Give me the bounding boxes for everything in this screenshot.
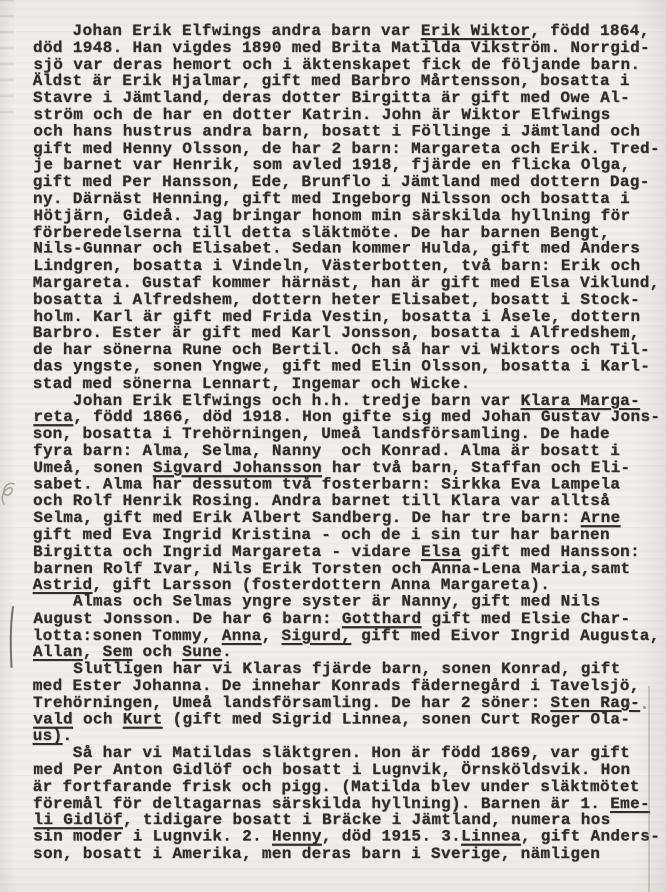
text-segment: och Rolf Henrik Rosing. Andra barnet til… — [33, 492, 610, 510]
text-segment: Selma, gift med Erik Albert Sandberg. De… — [33, 509, 580, 527]
text-line: Allan, Sem och Sune. — [33, 644, 660, 661]
underlined-text: Sune — [182, 643, 222, 661]
text-line: das yngste, sonen Yngwe, gift med Elin O… — [33, 359, 660, 376]
text-segment: stad med sönerna Lennart, Ingemar och Wi… — [33, 375, 471, 393]
text-segment: sjö var deras hemort och i äktenskapet f… — [33, 56, 640, 74]
text-line: gift med Per Hansson, Ede, Brunflo i Jäm… — [33, 174, 660, 191]
text-segment: Johan Erik Elfwings andra barn var — [33, 22, 421, 40]
text-line: je barnet var Henrik, som avled 1918, fj… — [33, 158, 660, 175]
underlined-text: Anna — [222, 627, 262, 645]
text-segment: sin moder i Lugnvik. 2. — [33, 828, 272, 846]
text-line: gift med Eva Ingrid Kristina - och de i … — [33, 527, 660, 544]
text-line: ny. Därnäst Henning, gift med Ingeborg N… — [33, 191, 660, 208]
text-line: Barbro. Ester är gift med Karl Jonsson, … — [33, 325, 660, 342]
text-segment: , född 1866, död 1918. Hon gifte sig med… — [73, 409, 660, 427]
text-segment: , född 1864, — [530, 22, 649, 40]
text-segment: Lindgren, bosatta i Vindeln, Västerbotte… — [33, 257, 640, 275]
text-segment: August Jonsson. De har 6 barn: — [33, 610, 342, 628]
text-segment: med Per Anton Gidlöf och bosatt i Lugnvi… — [33, 761, 630, 779]
text-line: fyra barn: Alma, Selma, Nanny och Konrad… — [33, 443, 660, 460]
text-line: sabet. Alma har dessutom två fosterbarn:… — [33, 476, 660, 493]
text-segment: gift med Eva Ingrid Kristina - och de i … — [33, 526, 610, 544]
text-line: Astrid, gift Larsson (fosterdottern Anna… — [33, 577, 660, 594]
text-line: förberedelserna till detta släktmöte. De… — [33, 225, 660, 242]
underlined-text: Sem — [103, 643, 133, 661]
text-line: reta, född 1866, död 1918. Hon gifte sig… — [33, 410, 660, 427]
text-segment: gift med Eivor Ingrid Augusta, — [351, 627, 660, 645]
text-line: gift med Henny Olsson, de har 2 barn: Ma… — [33, 141, 660, 158]
text-segment: sabet. Alma har dessutom två fosterbarn:… — [33, 475, 620, 493]
text-line: med Per Anton Gidlöf och bosatt i Lugnvi… — [33, 762, 660, 779]
text-segment: Johan Erik Elfwings och h.h. tredje barn… — [33, 392, 521, 410]
text-segment: . — [63, 727, 73, 745]
text-line: Umeå, sonen Sigvard Johansson har två ba… — [33, 460, 660, 477]
underlined-text: Linnea — [461, 828, 521, 846]
underlined-text: Allan — [33, 643, 83, 661]
text-segment: Slutligen har vi Klaras fjärde barn, son… — [33, 660, 620, 678]
text-line: vald och Kurt (gift med Sigrid Linnea, s… — [33, 711, 660, 728]
text-line: Stavre i Jämtland, deras dotter Birgitta… — [33, 90, 660, 107]
text-segment: , gift Larsson (fosterdottern Anna Marga… — [92, 576, 550, 594]
text-line: sin moder i Lugnvik. 2. Henny, död 1915.… — [33, 829, 660, 846]
underlined-text: Erik Wiktor — [421, 22, 530, 40]
text-line: ström och de har en dotter Katrin. John … — [33, 107, 660, 124]
text-segment: , — [262, 627, 282, 645]
underlined-text: Eme- — [610, 795, 650, 813]
text-line: de har sönerna Rune och Bertil. Och så h… — [33, 342, 660, 359]
text-line: och hans hustrus andra barn, bosatt i Fö… — [33, 123, 660, 140]
text-segment: bosatta i Alfredshem, dottern heter Elis… — [33, 291, 640, 309]
text-line: Margareta. Gustaf kommer härnäst, han är… — [33, 275, 660, 292]
text-segment: förberedelserna till detta släktmöte. De… — [33, 224, 610, 242]
underlined-text: Sten Rag- — [550, 694, 640, 712]
text-line: Johan Erik Elfwings och h.h. tredje barn… — [33, 393, 660, 410]
text-segment: son, bosatta i Trehörningen, Umeå landsf… — [33, 425, 610, 443]
text-segment: gift med Hansson: — [461, 543, 640, 561]
text-segment: föremål för deltagarnas särskilda hyllni… — [33, 795, 610, 813]
text-line: barnen Rolf Ivar, Nils Erik Torsten och … — [33, 561, 660, 578]
text-segment: Så har vi Matildas släktgren. Hon är föd… — [33, 744, 630, 762]
text-line: död 1948. Han vigdes 1890 med Brita Mati… — [33, 40, 660, 57]
text-segment: och — [73, 710, 123, 728]
text-line: med Ester Johanna. De innehar Konrads fä… — [33, 678, 660, 695]
typewritten-text: Johan Erik Elfwings andra barn var Erik … — [33, 23, 660, 863]
text-segment: Äldst är Erik Hjalmar, gift med Barbro M… — [33, 72, 630, 90]
text-line: Slutligen har vi Klaras fjärde barn, son… — [33, 661, 660, 678]
text-line: stad med sönerna Lennart, Ingemar och Wi… — [33, 376, 660, 393]
text-segment: med Ester Johanna. De innehar Konrads fä… — [33, 677, 640, 695]
text-segment: je barnet var Henrik, som avled 1918, fj… — [33, 157, 630, 175]
text-line: sjö var deras hemort och i äktenskapet f… — [33, 57, 660, 74]
text-line: Almas och Selmas yngre syster är Nanny, … — [33, 594, 660, 611]
text-segment: gift med Henny Olsson, de har 2 barn: Ma… — [33, 140, 660, 158]
text-segment: är fortfarande frisk och pigg. (Matilda … — [33, 778, 640, 796]
text-segment: , gift Anders- — [521, 828, 660, 846]
scan-edge-smudge — [0, 0, 14, 120]
text-line: bosatta i Alfredshem, dottern heter Elis… — [33, 292, 660, 309]
underlined-text: reta — [33, 409, 73, 427]
text-segment: de har sönerna Rune och Bertil. Och så h… — [33, 341, 650, 359]
text-line: Trehörningen, Umeå landsförsamling. De h… — [33, 695, 660, 712]
pencil-scribble-mark — [0, 480, 18, 515]
text-segment: Hötjärn, Gideå. Jag bringar honom min sä… — [33, 207, 630, 225]
text-segment: Birgitta och Ingrid Margareta - vidare — [33, 543, 421, 561]
text-line: Selma, gift med Erik Albert Sandberg. De… — [33, 510, 660, 527]
text-line: Hötjärn, Gideå. Jag bringar honom min sä… — [33, 208, 660, 225]
underlined-text: Kurt — [123, 710, 163, 728]
text-segment: Trehörningen, Umeå landsförsamling. De h… — [33, 694, 550, 712]
text-line: holm. Karl är gift med Frida Vestin, bos… — [33, 309, 660, 326]
text-line: Lindgren, bosatta i Vindeln, Västerbotte… — [33, 258, 660, 275]
text-segment: Nils-Gunnar och Elisabet. Sedan kommer H… — [33, 240, 640, 258]
text-line: August Jonsson. De har 6 barn: Gotthard … — [33, 611, 660, 628]
text-line: son, bosatt i Amerika, men deras barn i … — [33, 846, 660, 863]
document-page: Johan Erik Elfwings andra barn var Erik … — [0, 0, 666, 892]
text-line: är fortfarande frisk och pigg. (Matilda … — [33, 779, 660, 796]
text-line: Johan Erik Elfwings andra barn var Erik … — [33, 23, 660, 40]
underlined-text: Arne — [581, 509, 621, 527]
text-line: us). — [33, 728, 660, 745]
text-segment: (gift med Sigrid Linnea, sonen Curt Roge… — [163, 710, 631, 728]
text-line: Äldst är Erik Hjalmar, gift med Barbro M… — [33, 73, 660, 90]
text-line: son, bosatta i Trehörningen, Umeå landsf… — [33, 426, 660, 443]
text-line: Birgitta och Ingrid Margareta - vidare E… — [33, 544, 660, 561]
text-segment: fyra barn: Alma, Selma, Nanny och Konrad… — [33, 442, 620, 460]
text-segment: gift med Per Hansson, Ede, Brunflo i Jäm… — [33, 173, 650, 191]
text-segment: Almas och Selmas yngre syster är Nanny, … — [33, 593, 600, 611]
underlined-text: Gotthard — [342, 610, 422, 628]
text-line: och Rolf Henrik Rosing. Andra barnet til… — [33, 493, 660, 510]
underlined-text: us) — [33, 727, 63, 745]
underlined-text: Elsa — [421, 543, 461, 561]
text-segment: och hans hustrus andra barn, bosatt i Fö… — [33, 122, 640, 140]
underlined-text: Henny — [272, 828, 322, 846]
text-segment: barnen Rolf Ivar, Nils Erik Torsten och … — [33, 560, 630, 578]
text-line: föremål för deltagarnas särskilda hyllni… — [33, 796, 660, 813]
text-segment: Margareta. Gustaf kommer härnäst, han är… — [33, 274, 660, 292]
text-segment: son, bosatt i Amerika, men deras barn i … — [33, 845, 600, 863]
underlined-text: Sigurd, — [282, 627, 352, 645]
margin-pen-stroke — [8, 606, 16, 673]
text-segment: , — [83, 643, 103, 661]
underlined-text: Klara Marga- — [521, 392, 640, 410]
text-segment: . — [222, 643, 232, 661]
underlined-text: vald — [33, 710, 73, 728]
text-line: Så har vi Matildas släktgren. Hon är föd… — [33, 745, 660, 762]
text-segment: lotta:sonen Tommy, — [33, 627, 222, 645]
text-segment: ny. Därnäst Henning, gift med Ingeborg N… — [33, 190, 630, 208]
text-segment: gift med Elsie Char- — [422, 610, 631, 628]
text-line: Nils-Gunnar och Elisabet. Sedan kommer H… — [33, 241, 660, 258]
text-line: li Gidlöf, tidigare bosatt i Bräcke i Jä… — [33, 813, 660, 830]
text-segment: död 1948. Han vigdes 1890 med Brita Mati… — [33, 39, 650, 57]
text-segment: , död 1915. 3. — [322, 828, 461, 846]
text-segment: holm. Karl är gift med Frida Vestin, bos… — [33, 308, 640, 326]
text-segment: Barbro. Ester är gift med Karl Jonsson, … — [33, 324, 640, 342]
text-line: lotta:sonen Tommy, Anna, Sigurd, gift me… — [33, 628, 660, 645]
text-segment: das yngste, sonen Yngwe, gift med Elin O… — [33, 358, 650, 376]
text-segment: och — [133, 643, 183, 661]
text-segment: Stavre i Jämtland, deras dotter Birgitta… — [33, 89, 630, 107]
underlined-text: Astrid — [33, 576, 93, 594]
